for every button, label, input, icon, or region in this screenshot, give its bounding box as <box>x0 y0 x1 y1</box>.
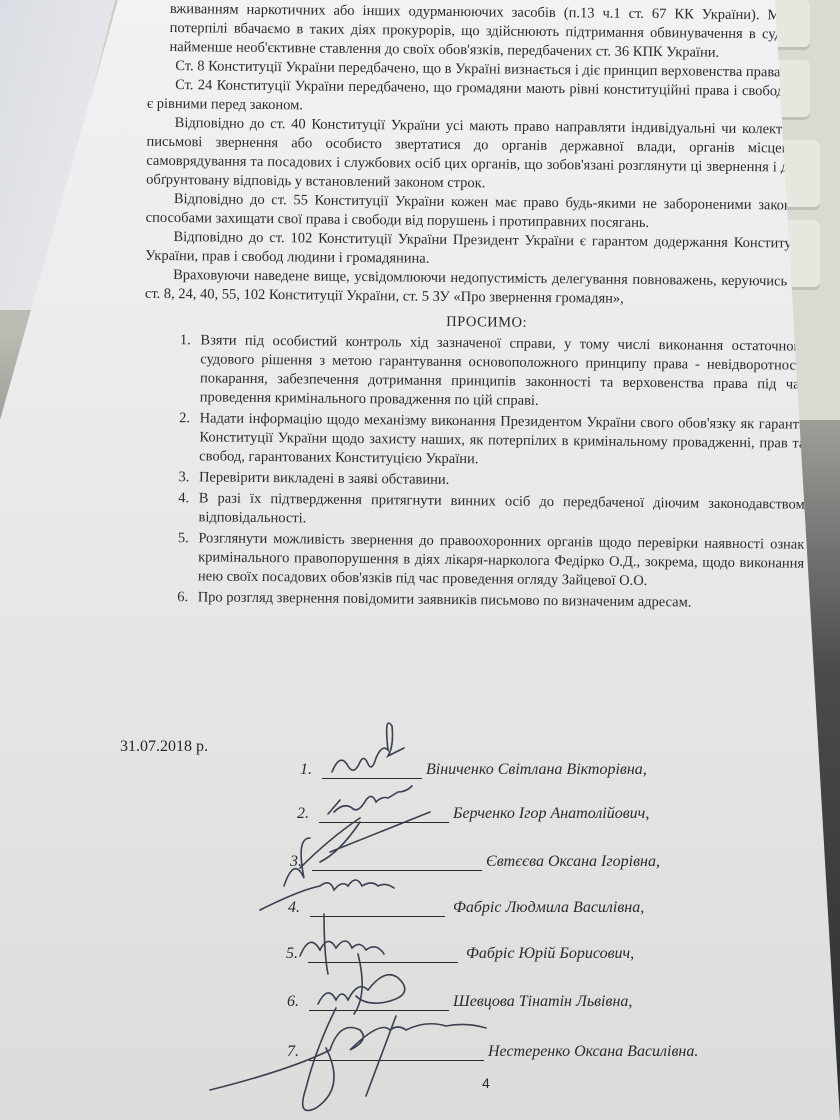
signatory-number: 5. <box>286 945 308 963</box>
signatory-name: Шевцова Тінатін Львівна, <box>453 993 632 1011</box>
signature-line <box>310 896 445 917</box>
signatory-row: 3. Євтєєва Оксана Ігорівна, <box>290 850 660 871</box>
signatory-row: 4. Фабріс Людмила Василівна, <box>288 896 644 917</box>
signatory-number: 7. <box>287 1043 309 1061</box>
signatory-row: 7. Нестеренко Оксана Василівна. <box>287 1040 698 1061</box>
signature-line <box>308 942 458 963</box>
signature-line <box>312 850 482 871</box>
document-page: вживанням наркотичних або інших одурманю… <box>0 0 840 1120</box>
signature-line <box>309 990 449 1011</box>
signatory-name: Фабріс Людмила Василівна, <box>453 899 644 917</box>
signatory-name: Фабріс Юрій Борисович, <box>466 945 634 963</box>
signatory-number: 3. <box>290 853 312 871</box>
signatory-row: 1. Віниченко Світлана Вікторівна, <box>300 758 647 779</box>
signatory-number: 2. <box>297 805 319 823</box>
signatory-number: 6. <box>287 993 309 1011</box>
signatory-row: 5. Фабріс Юрій Борисович, <box>286 942 634 963</box>
signature-line <box>319 802 449 823</box>
signatory-number: 4. <box>288 899 310 917</box>
signatory-name: Євтєєва Оксана Ігорівна, <box>486 853 660 871</box>
signatory-name: Берченко Ігор Анатолійович, <box>453 805 649 823</box>
signature-line <box>309 1040 484 1061</box>
signatory-name: Нестеренко Оксана Василівна. <box>488 1043 698 1061</box>
signatory-name: Віниченко Світлана Вікторівна, <box>426 761 647 779</box>
signatory-row: 6. Шевцова Тінатін Львівна, <box>287 990 632 1011</box>
signatory-row: 2. Берченко Ігор Анатолійович, <box>297 802 649 823</box>
signatures-block: 1. Віниченко Світлана Вікторівна, 2. Бер… <box>0 0 840 1120</box>
signatory-number: 1. <box>300 761 322 779</box>
page-number: 4 <box>482 1075 490 1091</box>
signature-line <box>322 758 422 779</box>
